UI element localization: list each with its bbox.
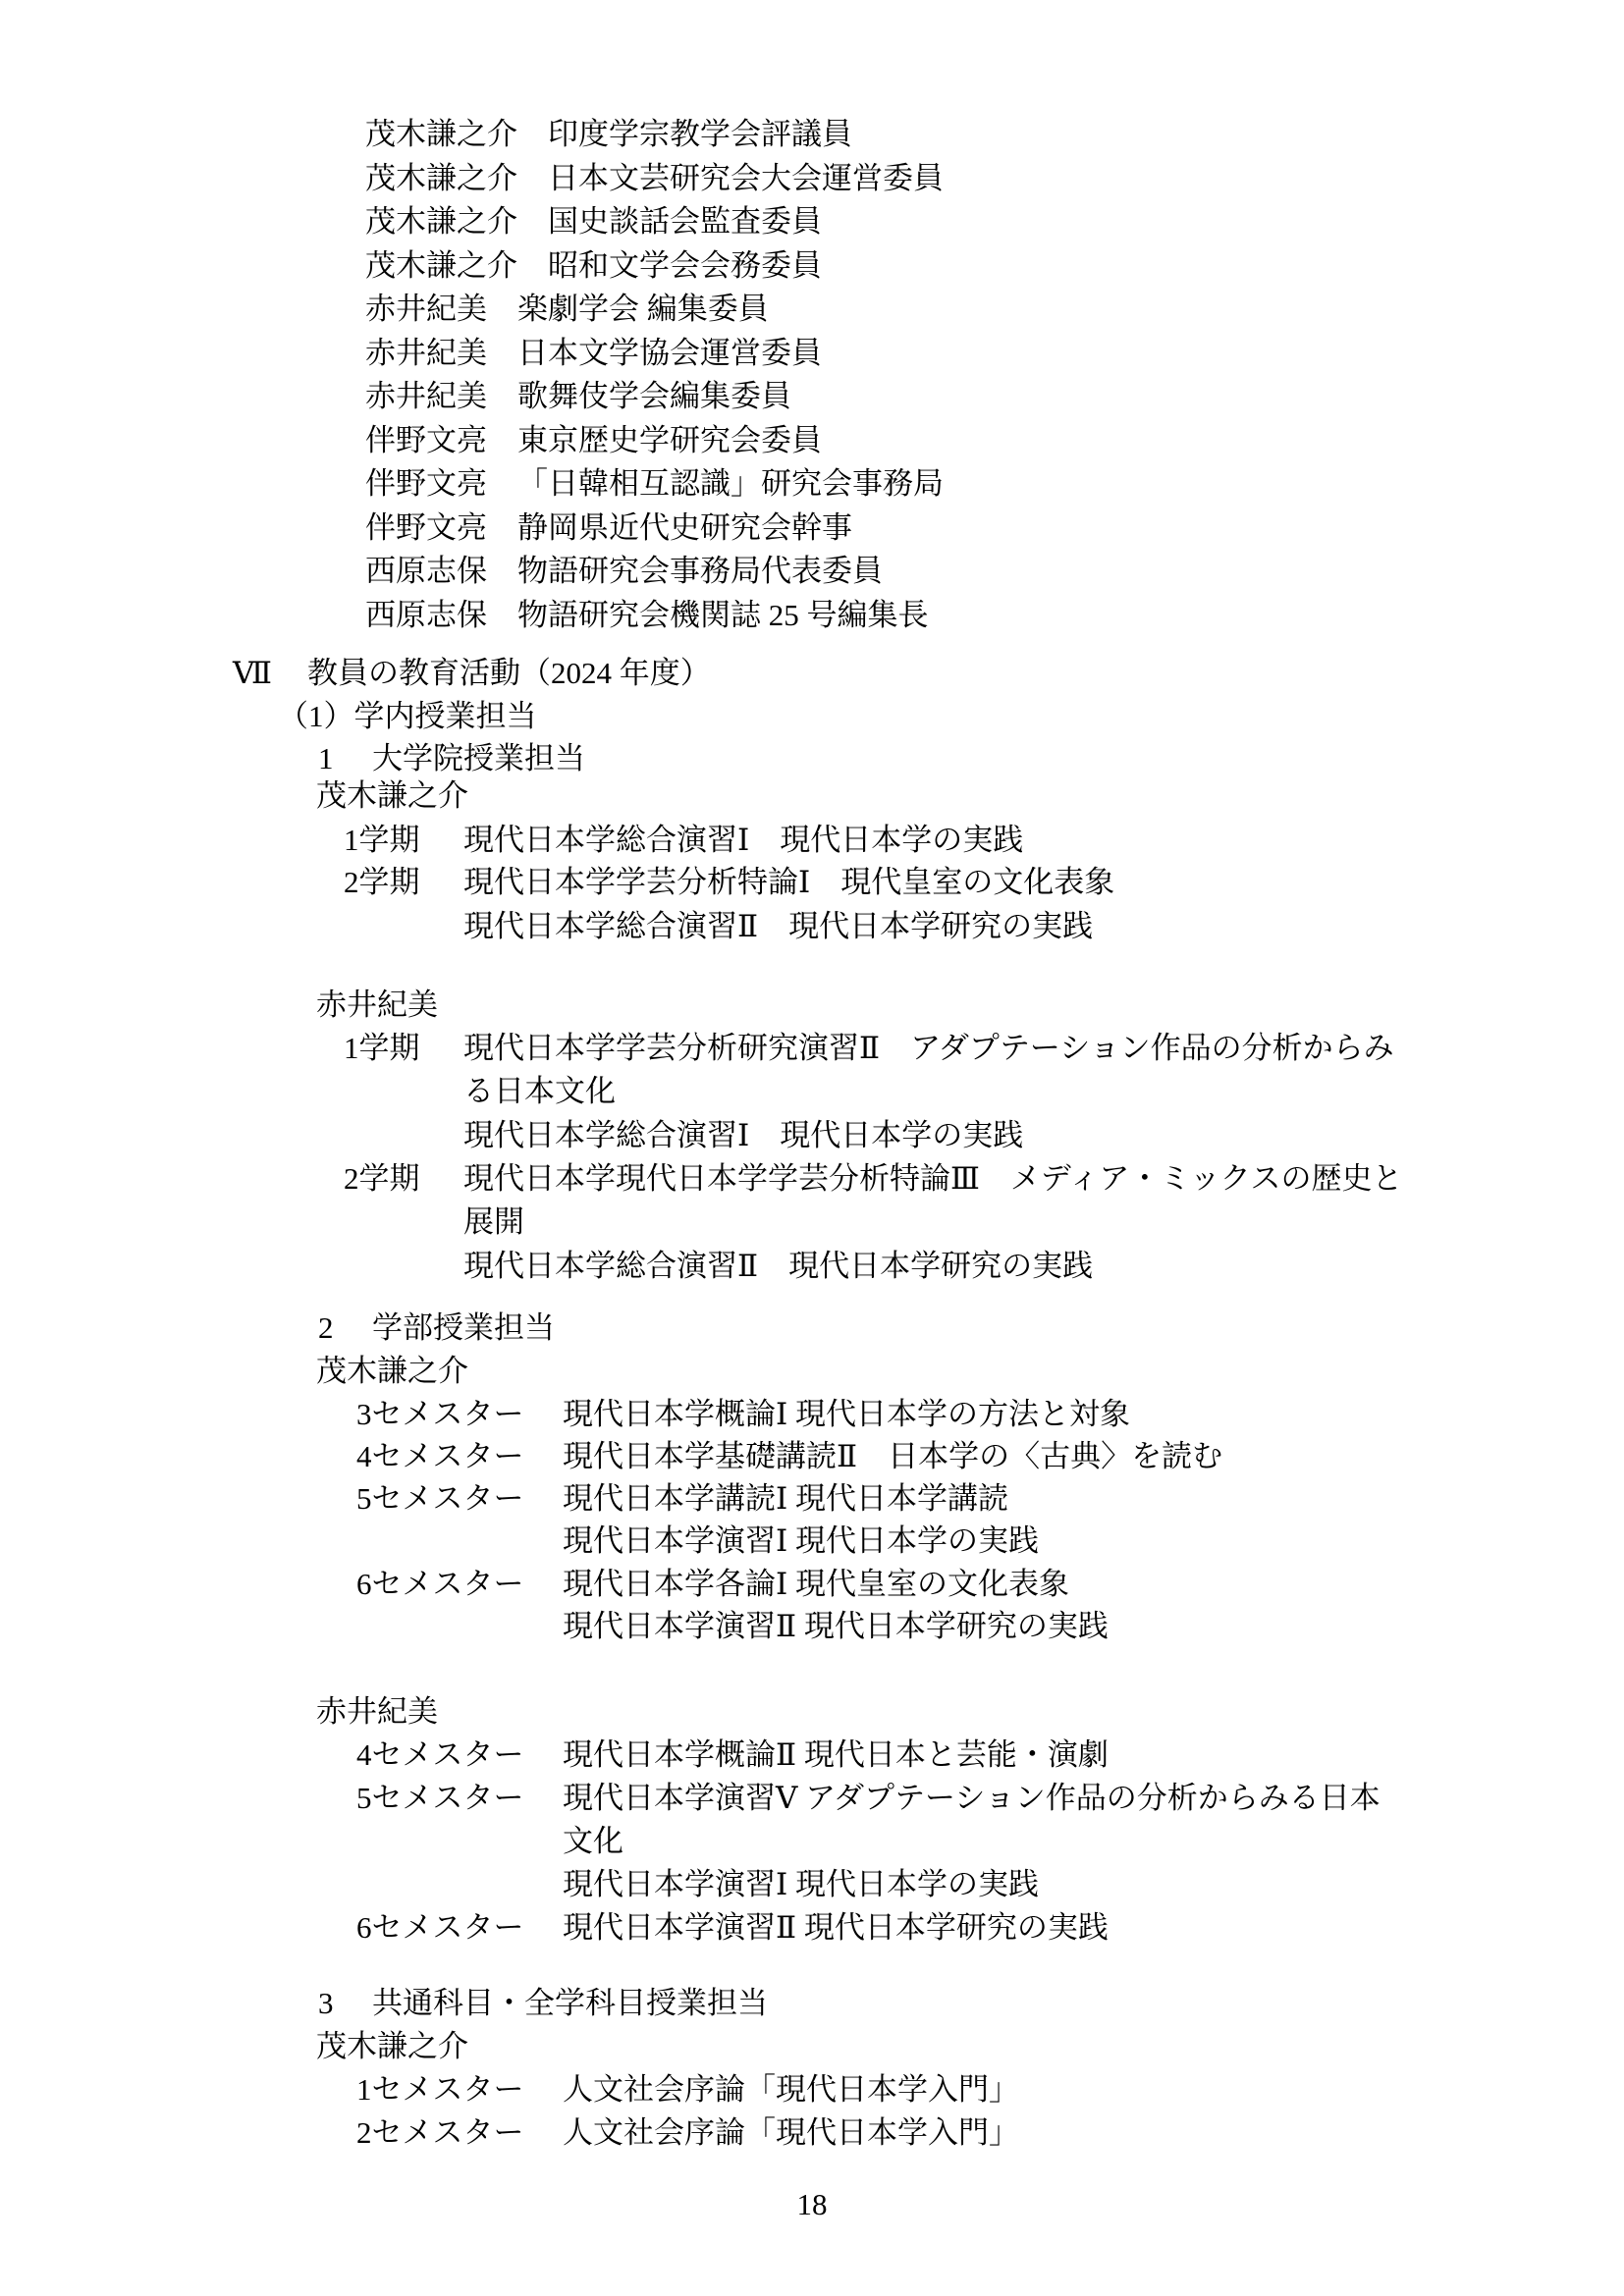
course-text: 人文社会序論「現代日本学入門」	[563, 2117, 1019, 2148]
course-text: 現代日本学概論Ⅱ 現代日本と芸能・演劇	[563, 1739, 1109, 1770]
member-role: 物語研究会事務局代表委員	[517, 554, 883, 588]
course-row: 2セメスター人文社会序論「現代日本学入門」	[356, 2117, 524, 2148]
course-text: 人文社会序論「現代日本学入門」	[563, 2074, 1019, 2105]
member-role: 楽劇学会 編集委員	[517, 292, 769, 326]
part-title: 大学院授業担当	[372, 743, 585, 774]
course-text: 現代日本学演習Ⅴ アダプテーション作品の分析からみる日本	[563, 1783, 1380, 1813]
member-name: 伴野文亮	[365, 423, 487, 457]
course-text: 現代日本学概論Ⅰ 現代日本学の方法と対象	[563, 1399, 1130, 1429]
course-row: 6セメスター現代日本学各論Ⅰ 現代皇室の文化表象	[356, 1569, 524, 1599]
section-title: 教員の教育活動（2024 年度）	[307, 658, 711, 688]
course-row-continuation: 現代日本学総合演習Ⅱ 現代日本学研究の実践	[463, 1251, 1093, 1281]
subsection-heading: （1）学内授業担当	[278, 701, 537, 731]
course-row: 1学期現代日本学学芸分析研究演習Ⅱ アダプテーション作品の分析からみ	[344, 1033, 420, 1063]
section-heading: Ⅶ教員の教育活動（2024 年度）	[233, 658, 272, 688]
course-row: 5セメスター現代日本学演習Ⅴ アダプテーション作品の分析からみる日本	[356, 1783, 524, 1813]
course-row-continuation: 現代日本学演習Ⅰ 現代日本学の実践	[563, 1525, 1039, 1556]
member-role: 日本文芸研究会大会運営委員	[548, 161, 944, 195]
course-row-continuation: 現代日本学総合演習Ⅱ 現代日本学研究の実践	[463, 911, 1093, 941]
course-row: 1セメスター人文社会序論「現代日本学入門」	[356, 2074, 524, 2105]
document-page: 茂木謙之介印度学宗教学会評議員 茂木謙之介日本文芸研究会大会運営委員 茂木謙之介…	[0, 0, 1624, 2296]
course-row-continuation: る日本文化	[463, 1076, 616, 1106]
course-row: 5セメスター現代日本学講読Ⅰ 現代日本学講読	[356, 1483, 524, 1514]
course-row: 1学期現代日本学総合演習Ⅰ 現代日本学の実践	[344, 825, 420, 855]
part-number: 1	[318, 741, 334, 775]
committee-row: 伴野文亮「日韓相互認識」研究会事務局	[365, 468, 944, 499]
part-title: 学部授業担当	[372, 1312, 555, 1343]
course-text: 現代日本学総合演習Ⅰ 現代日本学の実践	[463, 825, 1023, 855]
course-row-continuation: 文化	[563, 1826, 623, 1856]
member-role: 東京歴史学研究会委員	[517, 423, 822, 457]
course-row: 2学期現代日本学学芸分析特論Ⅰ 現代皇室の文化表象	[344, 867, 420, 897]
member-name: 西原志保	[365, 554, 487, 588]
instructor-name: 赤井紀美	[316, 989, 438, 1020]
semester-label: 4セメスター	[356, 1737, 524, 1772]
part-number: 3	[318, 1986, 334, 2020]
member-role: 「日韓相互認識」研究会事務局	[517, 466, 944, 501]
instructor-name: 茂木謙之介	[316, 780, 468, 811]
member-name: 赤井紀美	[365, 379, 487, 413]
course-text: 現代日本学演習Ⅱ 現代日本学研究の実践	[563, 1912, 1109, 1943]
course-row-continuation: 展開	[463, 1206, 524, 1237]
course-text: 現代日本学学芸分析研究演習Ⅱ アダプテーション作品の分析からみ	[463, 1033, 1394, 1063]
member-role: 物語研究会機関誌 25 号編集長	[517, 598, 929, 632]
semester-label: 6セメスター	[356, 1910, 524, 1945]
member-role: 日本文学協会運営委員	[517, 336, 822, 370]
semester-label: 5セメスター	[356, 1481, 524, 1516]
committee-row: 西原志保物語研究会機関誌 25 号編集長	[365, 600, 929, 630]
part-heading: 3共通科目・全学科目授業担当	[318, 1988, 334, 2018]
member-name: 赤井紀美	[365, 292, 487, 326]
course-row: 2学期現代日本学現代日本学学芸分析特論Ⅲ メディア・ミックスの歴史と	[344, 1163, 420, 1194]
committee-row: 赤井紀美楽劇学会 編集委員	[365, 294, 769, 324]
member-name: 茂木謙之介	[365, 117, 517, 151]
semester-label: 1セメスター	[356, 2072, 524, 2107]
semester-label: 3セメスター	[356, 1397, 524, 1431]
course-text: 現代日本学基礎講読Ⅱ 日本学の〈古典〉を読む	[563, 1441, 1222, 1471]
part-title: 共通科目・全学科目授業担当	[372, 1988, 768, 2018]
part-number: 2	[318, 1310, 334, 1345]
committee-row: 茂木謙之介日本文芸研究会大会運営委員	[365, 163, 944, 193]
semester-label: 4セメスター	[356, 1439, 524, 1473]
instructor-name: 茂木謙之介	[316, 1356, 468, 1386]
committee-row: 茂木謙之介印度学宗教学会評議員	[365, 119, 852, 149]
course-text: 現代日本学講読Ⅰ 現代日本学講読	[563, 1483, 1008, 1514]
member-role: 静岡県近代史研究会幹事	[517, 510, 852, 545]
course-row-continuation: 現代日本学演習Ⅰ 現代日本学の実践	[563, 1869, 1039, 1899]
member-role: 昭和文学会会務委員	[548, 248, 822, 283]
course-row-continuation: 現代日本学演習Ⅱ 現代日本学研究の実践	[563, 1611, 1109, 1641]
committee-row: 赤井紀美歌舞伎学会編集委員	[365, 381, 791, 411]
member-name: 西原志保	[365, 598, 487, 632]
member-name: 伴野文亮	[365, 510, 487, 545]
section-number: Ⅶ	[233, 656, 272, 690]
course-row: 4セメスター現代日本学基礎講読Ⅱ 日本学の〈古典〉を読む	[356, 1441, 524, 1471]
semester-label: 6セメスター	[356, 1567, 524, 1601]
course-row: 6セメスター現代日本学演習Ⅱ 現代日本学研究の実践	[356, 1912, 524, 1943]
member-name: 伴野文亮	[365, 466, 487, 501]
committee-row: 伴野文亮東京歴史学研究会委員	[365, 425, 822, 455]
course-text: 現代日本学学芸分析特論Ⅰ 現代皇室の文化表象	[463, 867, 1114, 897]
semester-label: 2セメスター	[356, 2115, 524, 2150]
member-name: 茂木謙之介	[365, 204, 517, 239]
member-name: 茂木謙之介	[365, 248, 517, 283]
page-footer-number: 18	[0, 2189, 1624, 2219]
member-role: 国史談話会監査委員	[548, 204, 822, 239]
term-label: 1学期	[344, 1031, 420, 1065]
course-row: 4セメスター現代日本学概論Ⅱ 現代日本と芸能・演劇	[356, 1739, 524, 1770]
member-role: 歌舞伎学会編集委員	[517, 379, 791, 413]
member-role: 印度学宗教学会評議員	[548, 117, 852, 151]
term-label: 2学期	[344, 865, 420, 899]
committee-row: 伴野文亮静岡県近代史研究会幹事	[365, 512, 852, 543]
term-label: 1学期	[344, 823, 420, 857]
course-row: 3セメスター現代日本学概論Ⅰ 現代日本学の方法と対象	[356, 1399, 524, 1429]
committee-row: 茂木謙之介国史談話会監査委員	[365, 206, 822, 237]
committee-row: 茂木謙之介昭和文学会会務委員	[365, 250, 822, 281]
course-text: 現代日本学現代日本学学芸分析特論Ⅲ メディア・ミックスの歴史と	[463, 1163, 1402, 1194]
member-name: 赤井紀美	[365, 336, 487, 370]
instructor-name: 赤井紀美	[316, 1696, 438, 1727]
committee-row: 西原志保物語研究会事務局代表委員	[365, 556, 883, 586]
term-label: 2学期	[344, 1161, 420, 1196]
member-name: 茂木謙之介	[365, 161, 517, 195]
instructor-name: 茂木謙之介	[316, 2031, 468, 2061]
committee-row: 赤井紀美日本文学協会運営委員	[365, 338, 822, 368]
part-heading: 1大学院授業担当	[318, 743, 334, 774]
part-heading: 2学部授業担当	[318, 1312, 334, 1343]
semester-label: 5セメスター	[356, 1781, 524, 1815]
course-row-continuation: 現代日本学総合演習Ⅰ 現代日本学の実践	[463, 1120, 1023, 1150]
course-text: 現代日本学各論Ⅰ 現代皇室の文化表象	[563, 1569, 1069, 1599]
